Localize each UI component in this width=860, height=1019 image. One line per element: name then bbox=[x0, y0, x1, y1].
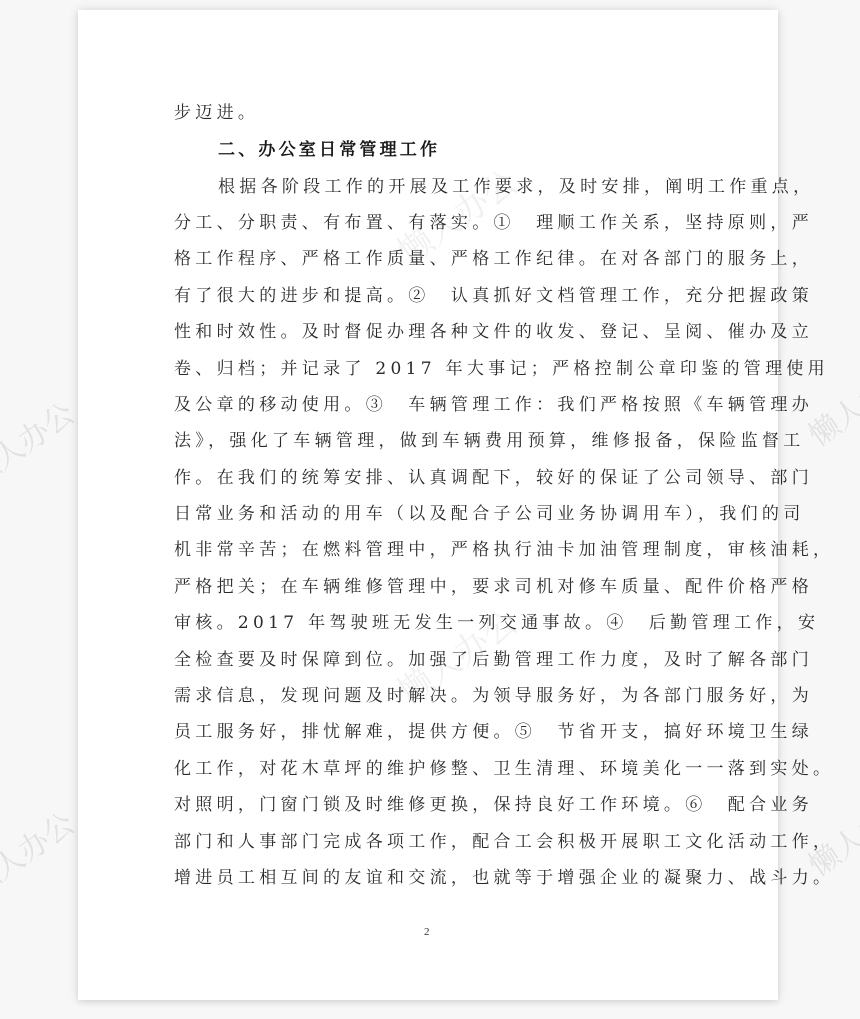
text-line: 部门和人事部门完成各项工作，配合工会积极开展职工文化活动工作， bbox=[174, 827, 674, 857]
watermark: 懒人办公 bbox=[0, 390, 82, 495]
text-line: 法》，强化了车辆管理，做到车辆费用预算，维修报备，保险监督工 bbox=[174, 426, 674, 456]
text-line: 作。在我们的统筹安排、认真调配下，较好的保证了公司领导、部门 bbox=[174, 463, 674, 493]
text-line: 机非常辛苦；在燃料管理中，严格执行油卡加油管理制度，审核油耗， bbox=[174, 535, 674, 565]
text-line: 有了很大的进步和提高。② 认真抓好文档管理工作，充分把握政策 bbox=[174, 281, 674, 311]
text-line: 及公章的移动使用。③ 车辆管理工作：我们严格按照《车辆管理办 bbox=[174, 390, 674, 420]
text-line: 需求信息，发现问题及时解决。为领导服务好，为各部门服务好，为 bbox=[174, 681, 674, 711]
text-line: 全检查要及时保障到位。加强了后勤管理工作力度，及时了解各部门 bbox=[174, 645, 674, 675]
document-page: 懒人办公 懒人办公 步迈进。 二、办公室日常管理工作 根据各阶段工作的开展及工作… bbox=[78, 10, 778, 1000]
text-line: 对照明，门窗门锁及时维修更换，保持良好工作环境。⑥ 配合业务 bbox=[174, 790, 674, 820]
text-line: 员工服务好，排忧解难，提供方便。⑤ 节省开支，搞好环境卫生绿 bbox=[174, 717, 674, 747]
watermark: 懒人办公 bbox=[0, 800, 82, 905]
section-heading: 二、办公室日常管理工作 bbox=[218, 135, 718, 165]
text-line: 化工作，对花木草坪的维护修整、卫生清理、环境美化一一落到实处。 bbox=[174, 754, 674, 784]
text-line: 分工、分职责、有布置、有落实。① 理顺工作关系，坚持原则，严 bbox=[174, 208, 674, 238]
text-line: 格工作程序、严格工作质量、严格工作纪律。在对各部门的服务上， bbox=[174, 244, 674, 274]
text-line: 增进员工相互间的友谊和交流，也就等于增强企业的凝聚力、战斗力。 bbox=[174, 863, 674, 893]
text-line: 根据各阶段工作的开展及工作要求，及时安排，阐明工作重点， bbox=[218, 172, 718, 202]
text-line: 严格把关；在车辆维修管理中，要求司机对修车质量、配件价格严格 bbox=[174, 572, 674, 602]
text-line: 步迈进。 bbox=[174, 98, 674, 128]
text-line: 性和时效性。及时督促办理各种文件的收发、登记、呈阅、催办及立 bbox=[174, 317, 674, 347]
text-line: 卷、归档；并记录了 2017 年大事记；严格控制公章印鉴的管理使用 bbox=[174, 354, 674, 384]
text-line: 审核。2017 年驾驶班无发生一列交通事故。④ 后勤管理工作，安 bbox=[174, 608, 674, 638]
text-line: 日常业务和活动的用车（以及配合子公司业务协调用车），我们的司 bbox=[174, 499, 674, 529]
page-number: 2 bbox=[424, 926, 430, 938]
